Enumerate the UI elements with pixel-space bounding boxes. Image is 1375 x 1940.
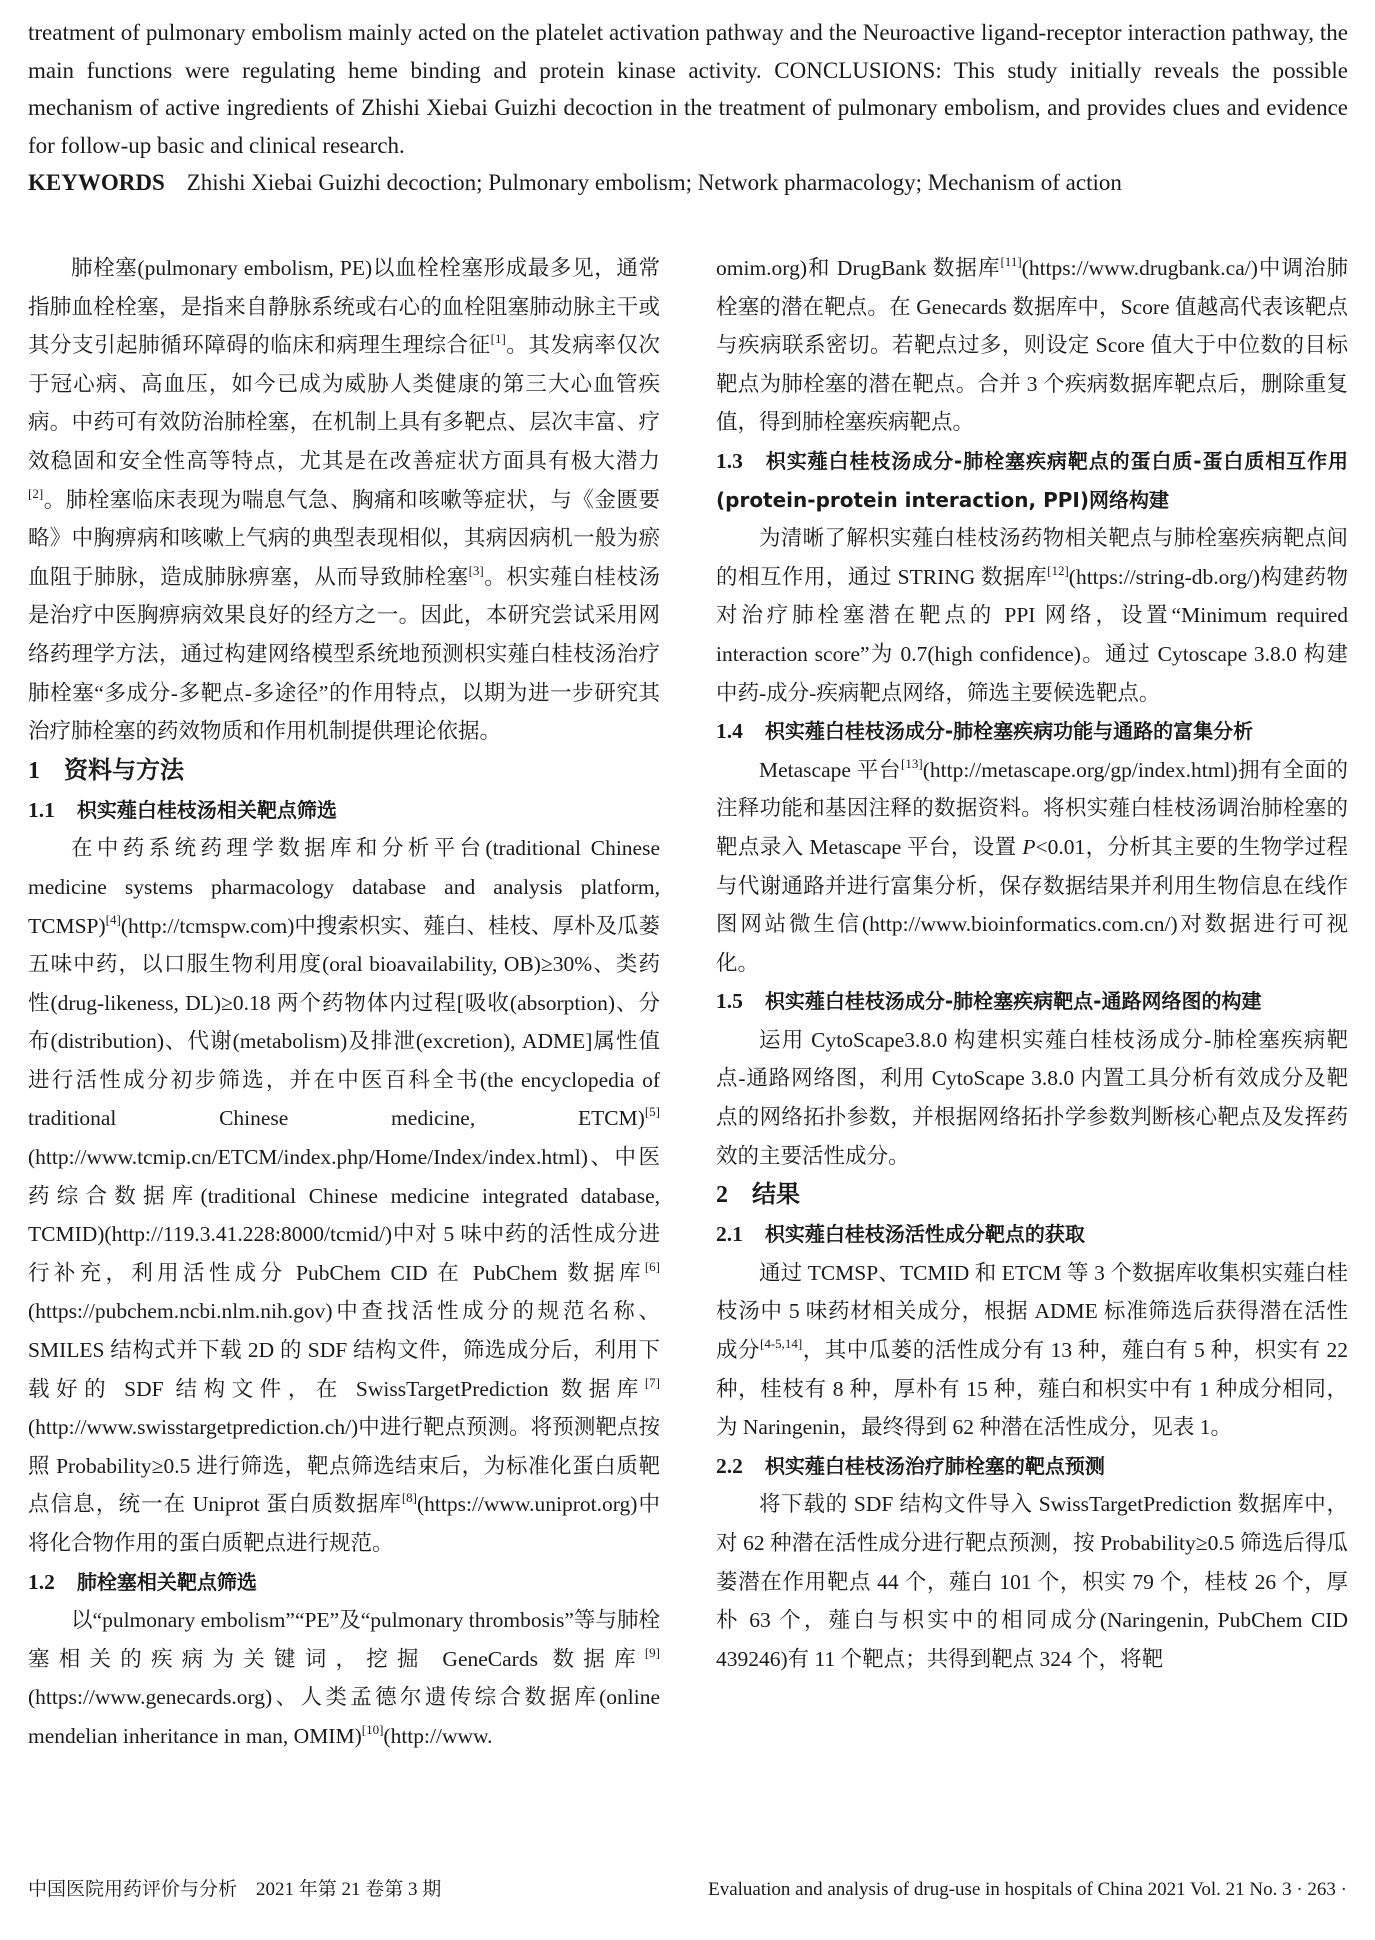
citation-ref[interactable]: [9] (645, 1645, 660, 1660)
abstract-continuation: treatment of pulmonary embolism mainly a… (28, 14, 1348, 164)
intro-paragraph: 肺栓塞(pulmonary embolism, PE)以血栓栓塞形成最多见，通常… (28, 249, 660, 751)
citation-ref[interactable]: [4-5,14] (760, 1336, 802, 1351)
section-heading-1-4: 1.4枳实薤白桂枝汤成分-肺栓塞疾病功能与通路的富集分析 (716, 712, 1348, 751)
abstract-english: treatment of pulmonary embolism mainly a… (28, 14, 1348, 202)
section-1-5-paragraph: 运用 CytoScape3.8.0 构建枳实薤白桂枝汤成分-肺栓塞疾病靶点-通路… (716, 1021, 1348, 1175)
section-heading-2-2: 2.2枳实薤白桂枝汤治疗肺栓塞的靶点预测 (716, 1447, 1348, 1486)
keywords-line: KEYWORDSZhishi Xiebai Guizhi decoction; … (28, 164, 1348, 202)
section-1-2-paragraph-continued: omim.org)和 DrugBank 数据库[11](https://www.… (716, 249, 1348, 442)
section-1-2-paragraph: 以“pulmonary embolism”“PE”及“pulmonary thr… (28, 1601, 660, 1755)
citation-ref[interactable]: [5] (645, 1104, 660, 1119)
footer-journal-english: Evaluation and analysis of drug-use in h… (708, 1878, 1347, 1902)
section-2-1-paragraph: 通过 TCMSP、TCMID 和 ETCM 等 3 个数据库收集枳实薤白桂枝汤中… (716, 1254, 1348, 1447)
citation-ref[interactable]: [1] (491, 331, 506, 346)
citation-ref[interactable]: [8] (402, 1490, 417, 1505)
page-number: · 263 · (1296, 1879, 1347, 1900)
section-2-2-paragraph: 将下载的 SDF 结构文件导入 SwissTargetPrediction 数据… (716, 1485, 1348, 1678)
keywords-label: KEYWORDS (28, 170, 165, 195)
section-heading-1-3: 1.3枳实薤白桂枝汤成分-肺栓塞疾病靶点的蛋白质-蛋白质相互作用(protein… (716, 442, 1348, 519)
section-1-3-paragraph: 为清晰了解枳实薤白桂枝汤药物相关靶点与肺栓塞疾病靶点间的相互作用，通过 STRI… (716, 519, 1348, 712)
section-heading-2-1: 2.1枳实薤白桂枝汤活性成分靶点的获取 (716, 1215, 1348, 1254)
footer-journal-title: Evaluation and analysis of drug-use in h… (708, 1879, 1292, 1900)
citation-ref[interactable]: [6] (645, 1259, 660, 1274)
keywords-text: Zhishi Xiebai Guizhi decoction; Pulmonar… (187, 170, 1122, 195)
section-heading-2: 2结果 (716, 1175, 1348, 1215)
section-heading-1-1: 1.1枳实薤白桂枝汤相关靶点筛选 (28, 791, 660, 830)
citation-ref[interactable]: [3] (469, 563, 484, 578)
section-heading-1: 1资料与方法 (28, 751, 660, 791)
citation-ref[interactable]: [2] (28, 486, 43, 501)
citation-ref[interactable]: [12] (1047, 563, 1069, 578)
citation-ref[interactable]: [7] (645, 1375, 660, 1390)
section-1-4-paragraph: Metascape 平台[13](http://metascape.org/gp… (716, 751, 1348, 983)
section-heading-1-5: 1.5枳实薤白桂枝汤成分-肺栓塞疾病靶点-通路网络图的构建 (716, 982, 1348, 1021)
left-column: 肺栓塞(pulmonary embolism, PE)以血栓栓塞形成最多见，通常… (28, 249, 660, 1756)
citation-ref[interactable]: [10] (362, 1722, 384, 1737)
section-1-1-paragraph: 在中药系统药理学数据库和分析平台(traditional Chinese med… (28, 829, 660, 1562)
citation-ref[interactable]: [4] (106, 912, 121, 927)
right-column: omim.org)和 DrugBank 数据库[11](https://www.… (716, 249, 1348, 1678)
footer-journal-chinese: 中国医院用药评价与分析 2021 年第 21 卷第 3 期 (28, 1878, 441, 1902)
citation-ref[interactable]: [11] (1000, 254, 1021, 269)
citation-ref[interactable]: [13] (901, 756, 923, 771)
section-heading-1-2: 1.2肺栓塞相关靶点筛选 (28, 1563, 660, 1602)
